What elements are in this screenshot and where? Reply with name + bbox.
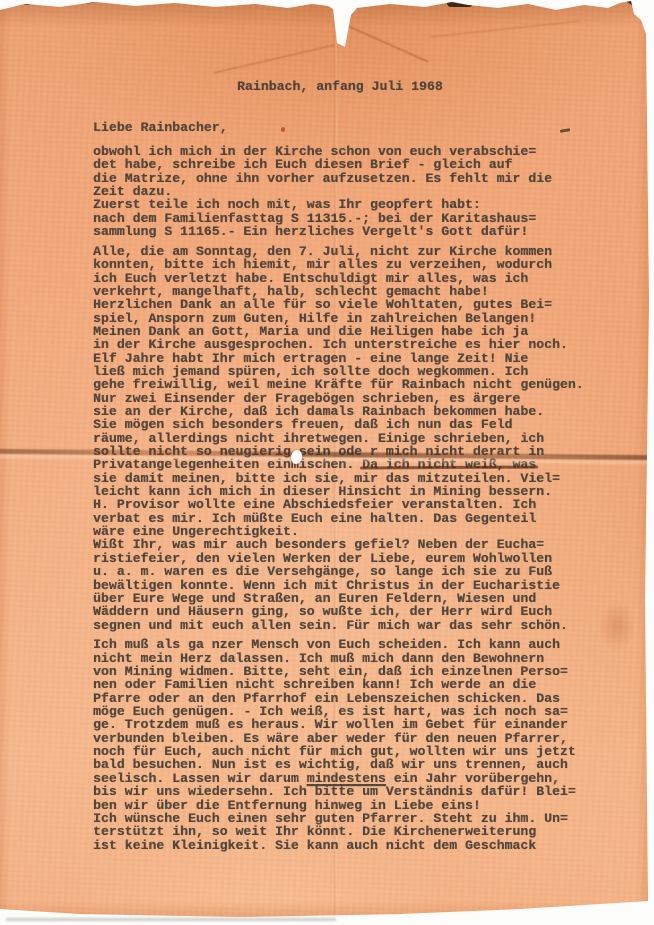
salutation: Liebe Rainbacher, xyxy=(93,120,228,135)
letter-line: sie an der Kirche, daß ich damals Rainba… xyxy=(93,405,584,418)
letter-line: Meinen Dank an Gott, Maria und die Heili… xyxy=(93,325,584,338)
letter-line: seelisch. Lassen wir darum mindestens ei… xyxy=(93,772,584,785)
letter-line: Sie mögen sich besonders freuen, daß ich… xyxy=(93,418,584,431)
letter-line: bis wir uns wiedersehn. Ich bitte um Ver… xyxy=(93,785,584,798)
letter-line: von Mining widmen. Bitte, seht ein, daß … xyxy=(93,665,584,678)
letter-line: räume, allerdings nicht ihretwegen. Eini… xyxy=(93,432,584,445)
letter-line: nen oder Familien nicht schreiben kann! … xyxy=(93,678,584,691)
letter-line: terstützt ihn, so weit Ihr könnt. Die Ki… xyxy=(93,825,584,838)
letter-line: nicht mein Herz dalassen. Ich muß mich d… xyxy=(93,652,584,665)
letter-line: Alle, die am Sonntag, den 7. Juli, nicht… xyxy=(93,245,584,258)
letter-line: ist keine Kleinigkeit. Sie kann auch nic… xyxy=(93,839,584,852)
letter-line: segnen und mit euch allen sein. Für mich… xyxy=(93,619,584,632)
letter-line: gehe freiwillig, weil meine Kräfte für R… xyxy=(93,378,584,391)
letter-line: ristiefeier, den vielen Werken der Liebe… xyxy=(93,552,584,565)
letter-line: die Matrize, ohne ihn vorher aufzusetzen… xyxy=(93,172,584,185)
letter-line: Herzlichen Dank an alle für so viele Woh… xyxy=(93,298,584,311)
letter-line: noch für Euch, auch nicht für mich gut, … xyxy=(93,745,584,758)
letter-line: nach dem Familienfasttag S 11315.-; bei … xyxy=(93,212,584,225)
letter-line: spiel, Ansporn zum Guten, Hilfe in zahlr… xyxy=(93,312,584,325)
letter-line: sie damit meinen, bitte ich sie, mir das… xyxy=(93,472,584,485)
letter-line: H. Provisor wollte eine Abschiedsfeier v… xyxy=(93,498,584,511)
letter-line: sammlung S 11165.- Ein herzliches Vergel… xyxy=(93,225,584,238)
letter-line: ge. Trotzdem muß es heraus. Wir wollen i… xyxy=(93,718,584,731)
letter-line: bald besuchen. Nun ist es wichtig, daß w… xyxy=(93,758,584,771)
letter-line: Wißt Ihr, was mir auch besonders gefiel?… xyxy=(93,538,584,551)
letter-line: Nur zwei Einsender der Fragebögen schrie… xyxy=(93,392,584,405)
letter-line: verbunden bleiben. Es wäre aber weder fü… xyxy=(93,732,584,745)
letter-line: verkehrt, mangelhaft, halb, schlecht gem… xyxy=(93,285,584,298)
letter-line: det habe, schreibe ich Euch diesen Brief… xyxy=(93,158,584,171)
letter-line: Zuerst teile ich noch mit, was Ihr geopf… xyxy=(93,198,584,211)
letter-line: leicht kann ich mich in dieser Hinsicht … xyxy=(93,485,584,498)
letter-line: Ich wünsche Euch einen sehr guten Pfarre… xyxy=(93,812,584,825)
paper-shadow xyxy=(6,918,336,921)
letter-body: obwohl ich mich in der Kirche schon von … xyxy=(93,145,584,858)
letter-line: bewältigen konnte. Wenn ich mit Christus… xyxy=(93,579,584,592)
letter-line: u. a. m. waren es die Versehgänge, so la… xyxy=(93,565,584,578)
letter-line: Ich muß als ga nzer Mensch von Euch sche… xyxy=(93,638,584,651)
paragraph: Alle, die am Sonntag, den 7. Juli, nicht… xyxy=(93,245,584,632)
letter-paper: Rainbach, anfang Juli 1968 Liebe Rainbac… xyxy=(0,0,650,919)
letter-line: wäre eine Ungerechtigkeit. xyxy=(93,525,584,538)
letter-line: ich Euch verletzt habe. Entschuldigt mir… xyxy=(93,272,584,285)
letter-line: Zeit dazu. xyxy=(93,185,584,198)
letter-line: ben wir über die Entfernung hinweg in Li… xyxy=(93,799,584,812)
paragraph: obwohl ich mich in der Kirche schon von … xyxy=(93,145,584,238)
letter-line: Pfarre oder an den Pfarrhof ein Lebensze… xyxy=(93,692,584,705)
letter-line: möge Euch genügen. - Ich weiß, es ist ha… xyxy=(93,705,584,718)
letter-line: obwohl ich mich in der Kirche schon von … xyxy=(93,145,584,158)
letter-line: Elf Jahre habt Ihr mich ertragen - eine … xyxy=(93,352,584,365)
letter-line: ließ mich jemand spüren, ich sollte doch… xyxy=(93,365,584,378)
paragraph: Ich muß als ga nzer Mensch von Euch sche… xyxy=(93,638,584,852)
scanned-letter: Rainbach, anfang Juli 1968 Liebe Rainbac… xyxy=(0,0,654,925)
letter-line: über Eure Wege und Straßen, an Euren Fel… xyxy=(93,592,584,605)
dateline: Rainbach, anfang Juli 1968 xyxy=(237,79,443,94)
letter-line: konnten, bitte ich hiemit, mir alles zu … xyxy=(93,258,584,271)
letter-line: Wäddern und Häusern ging, so wußte ich, … xyxy=(93,605,584,618)
letter-line: in der Kirche ausgesprochen. Ich unterst… xyxy=(93,338,584,351)
letter-line: verbat es mir. Ich müßte Euch eine halte… xyxy=(93,512,584,525)
